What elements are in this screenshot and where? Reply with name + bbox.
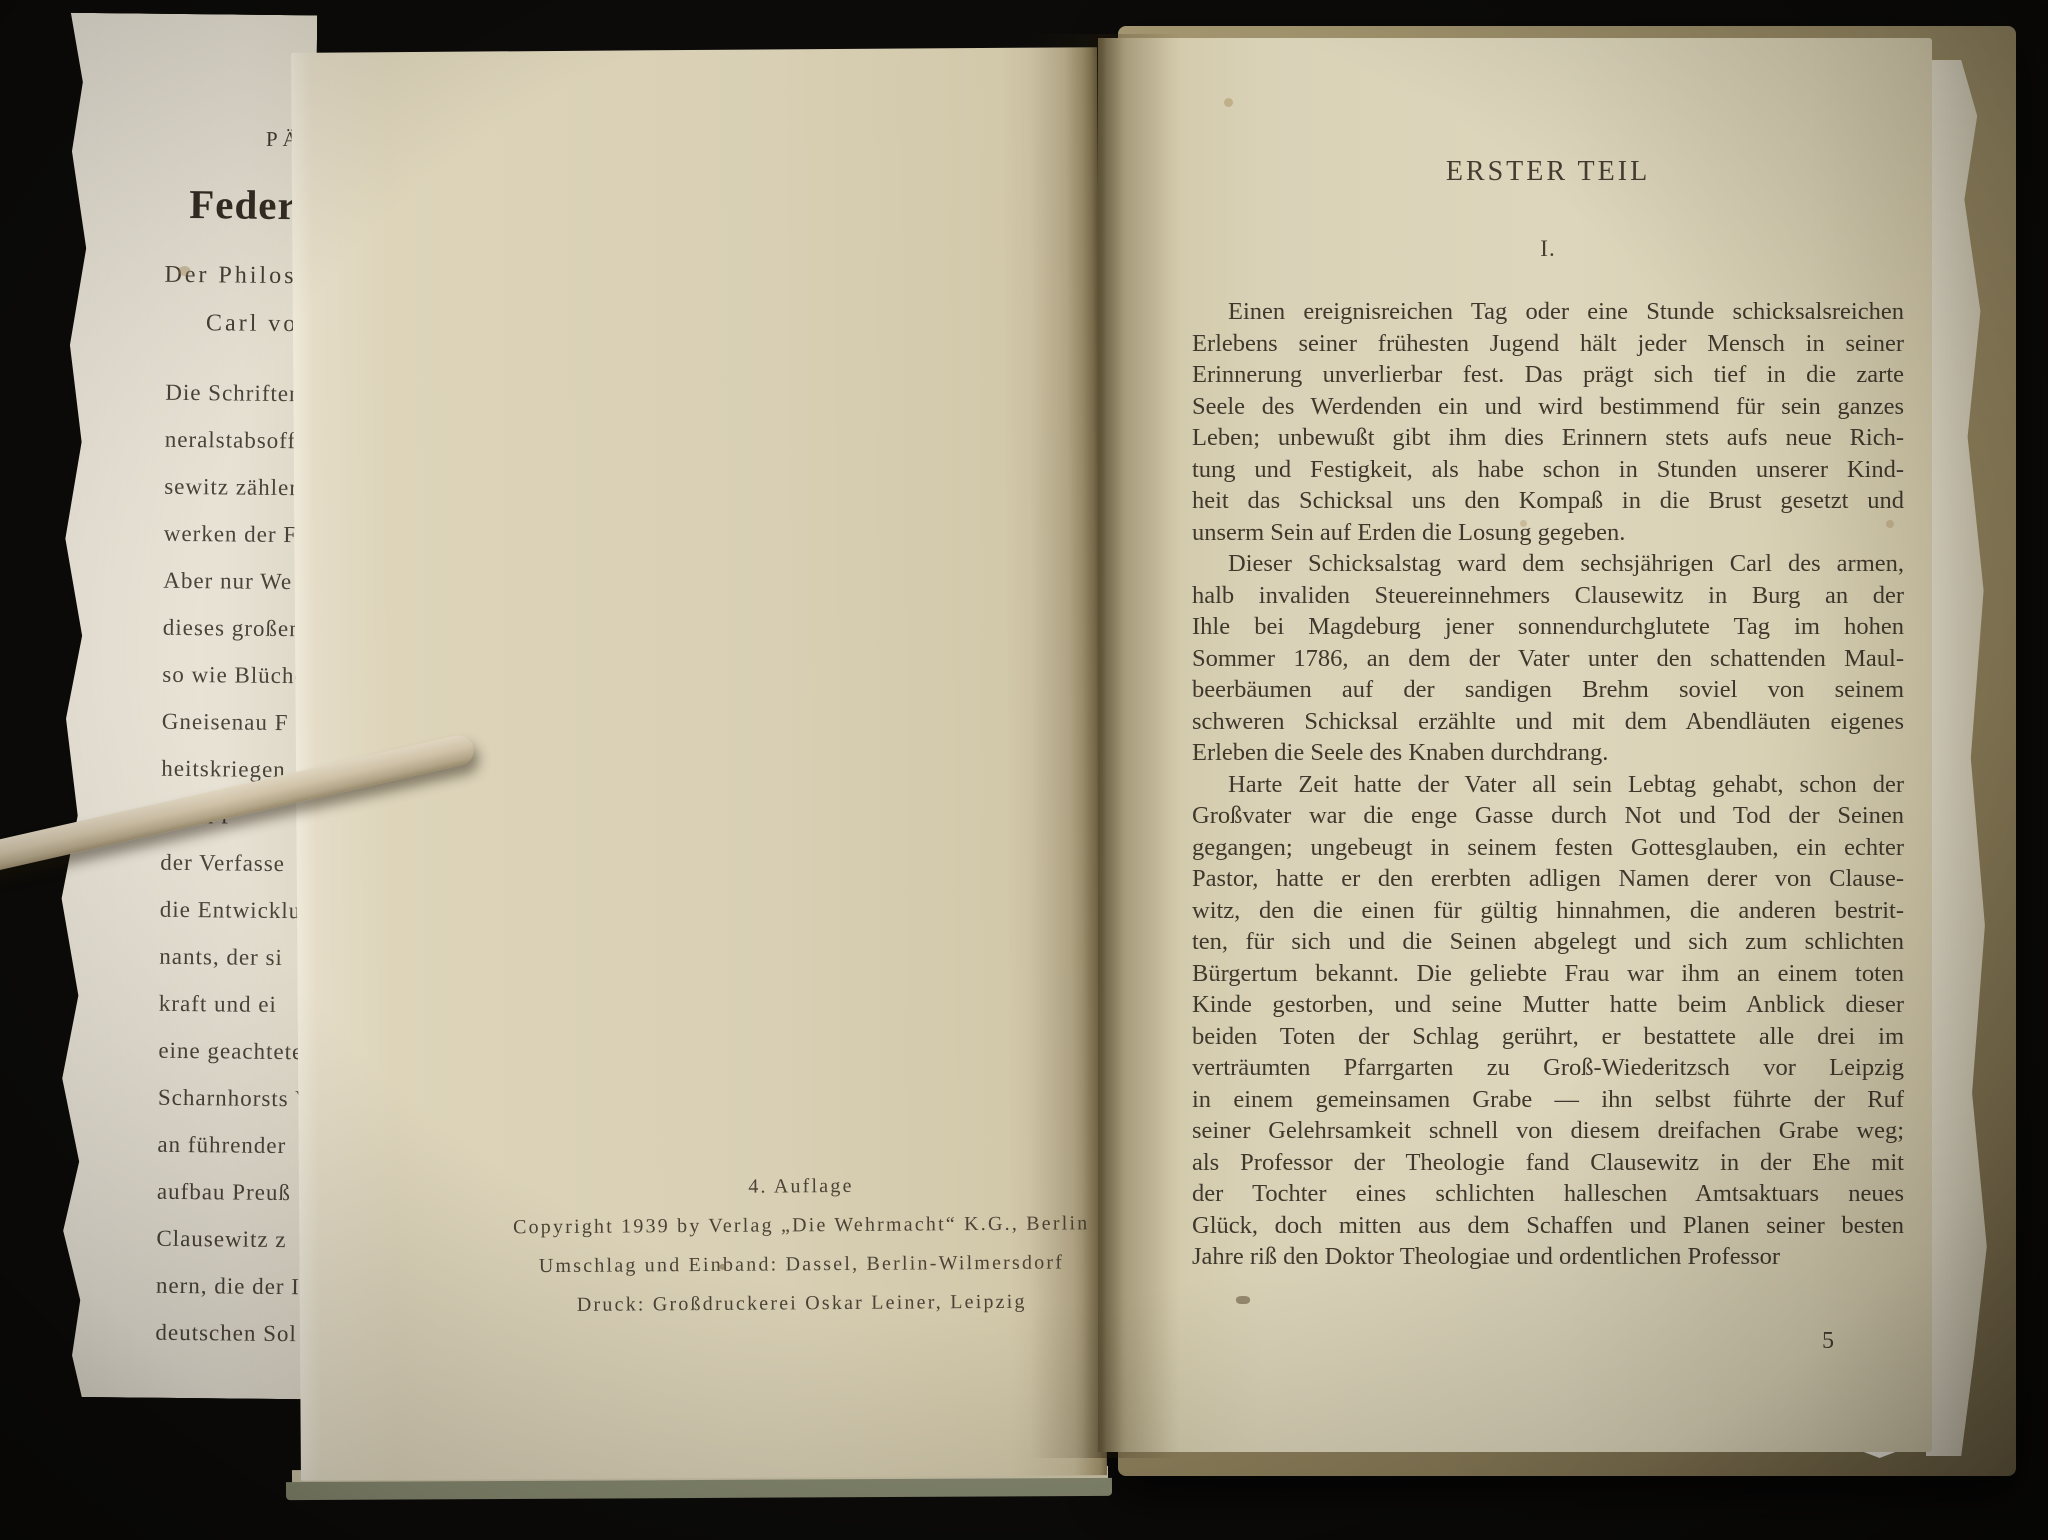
foxing-spot xyxy=(179,266,191,276)
text-line: heit das Schicksal uns den Kompaß in die… xyxy=(1192,485,1904,517)
foxing-spot xyxy=(719,1264,725,1270)
text-line: Einen ereignisreichen Tag oder eine Stun… xyxy=(1192,296,1904,328)
jacket-text-line: eine geachtete xyxy=(158,1038,303,1066)
text-line: in einem gemeinsamen Grabe — ihn selbst … xyxy=(1192,1084,1904,1116)
jacket-text-line: neralstabsoffi xyxy=(165,427,304,454)
part-heading: ERSTER TEIL xyxy=(1192,156,1904,188)
jacket-body-text: Die Schriftenneralstabsoffisewitz zähler… xyxy=(49,13,317,1400)
jacket-text-line: so wie Blüche xyxy=(162,662,306,689)
text-line: unserm Sein auf Erden die Losung gegeben… xyxy=(1192,517,1904,549)
jacket-text-line: dieses großen xyxy=(163,615,302,642)
text-line: Pastor, hatte er den ererbten adligen Na… xyxy=(1192,863,1904,895)
jacket-text-line: die Entwicklu xyxy=(160,897,302,924)
text-line: halb invaliden Steuereinnehmers Clausewi… xyxy=(1192,580,1904,612)
jacket-text-line: werken der F xyxy=(164,521,298,548)
colophon-line: Druck: Großdruckerei Oskar Leiner, Leipz… xyxy=(478,1282,1126,1326)
page-number: 5 xyxy=(1192,1328,1904,1355)
cover-cloth-bottom-edge xyxy=(286,1478,1112,1500)
foxing-spot xyxy=(1520,520,1527,527)
text-line: Seele des Werdenden ein und wird bestimm… xyxy=(1192,391,1904,423)
text-line: beiden Toten der Schlag gerührt, er best… xyxy=(1192,1021,1904,1053)
colophon: 4. AuflageCopyright 1939 by Verlag „Die … xyxy=(477,1165,1126,1326)
body-text: Einen ereignisreichen Tag oder eine Stun… xyxy=(1192,296,1904,1273)
jacket-text-line: kraft und ei xyxy=(159,991,277,1018)
jacket-text-line: deutschen Sol xyxy=(155,1320,297,1347)
text-line: Dieser Schicksalstag ward dem sechsjähri… xyxy=(1192,548,1904,580)
foxing-spot xyxy=(1886,520,1894,528)
dust-jacket-page: PÄ Feder u Der Philos Carl vo Die Schrif… xyxy=(49,13,317,1400)
jacket-text-line: nants, der si xyxy=(159,944,283,971)
text-line: Sommer 1786, an dem der Vater unter den … xyxy=(1192,643,1904,675)
colophon-line: Copyright 1939 by Verlag „Die Wehrmacht“… xyxy=(477,1204,1125,1248)
right-page: ERSTER TEIL I. Einen ereignisreichen Tag… xyxy=(1098,38,1932,1452)
jacket-text-line: Gneisenau F xyxy=(162,709,289,736)
text-line: schweren Schicksal erzählte und mit dem … xyxy=(1192,706,1904,738)
text-line: seiner Gelehrsamkeit schnell von diesem … xyxy=(1192,1115,1904,1147)
jacket-text-line: Aber nur We xyxy=(163,568,292,595)
jacket-text-line: nern, die der I xyxy=(156,1273,300,1301)
jacket-text-line: aufbau Preuß xyxy=(157,1179,291,1206)
colophon-line: 4. Auflage xyxy=(477,1165,1125,1209)
text-line: verträumten Pfarrgarten zu Groß-Wiederit… xyxy=(1192,1052,1904,1084)
photo-backdrop: PÄ Feder u Der Philos Carl vo Die Schrif… xyxy=(0,0,2048,1540)
text-line: Erinnerung unverlierbar fest. Das prägt … xyxy=(1192,359,1904,391)
ink-mark xyxy=(1236,1296,1250,1304)
chapter-number: I. xyxy=(1192,236,1904,262)
text-line: Jahre riß den Doktor Theologiae und orde… xyxy=(1192,1241,1904,1273)
text-line: Kinde gestorben, und seine Mutter hatte … xyxy=(1192,989,1904,1021)
text-line: Großvater war die enge Gasse durch Not u… xyxy=(1192,800,1904,832)
jacket-text-line: Die Schriften xyxy=(165,380,302,407)
text-line: beerbäumen auf der sandigen Brehm soviel… xyxy=(1192,674,1904,706)
text-line: Bürgertum bekannt. Die geliebte Frau war… xyxy=(1192,958,1904,990)
jacket-text-line: an führender xyxy=(157,1132,286,1159)
jacket-text-line: der Verfasse xyxy=(160,850,285,877)
text-line: gegangen; ungebeugt in seinem festen Got… xyxy=(1192,832,1904,864)
jacket-text-line: sewitz zähler xyxy=(164,474,298,501)
text-line: Erlebens seiner frühesten Jugend hält je… xyxy=(1192,328,1904,360)
jacket-text-line: Scharnhorsts V xyxy=(158,1085,313,1113)
text-line: Leben; unbewußt gibt ihm dies Erinnern s… xyxy=(1192,422,1904,454)
jacket-text-line: Clausewitz z xyxy=(156,1226,286,1253)
text-line: Erleben die Seele des Knaben durchdrang. xyxy=(1192,737,1904,769)
text-line: witz, den die einen für gültig hinnahmen… xyxy=(1192,895,1904,927)
text-line: der Tochter eines schlichten halleschen … xyxy=(1192,1178,1904,1210)
text-line: Harte Zeit hatte der Vater all sein Lebt… xyxy=(1192,769,1904,801)
foxing-spot xyxy=(1224,98,1233,107)
text-line: ten, für sich und die Seinen abgelegt un… xyxy=(1192,926,1904,958)
text-line: Ihle bei Magdeburg jener sonnendurchglut… xyxy=(1192,611,1904,643)
text-line: tung und Festigkeit, als habe schon in S… xyxy=(1192,454,1904,486)
text-line: als Professor der Theologie fand Clausew… xyxy=(1192,1147,1904,1179)
text-line: Glück, doch mitten aus dem Schaffen und … xyxy=(1192,1210,1904,1242)
colophon-line: Umschlag und Einband: Dassel, Berlin-Wil… xyxy=(477,1243,1125,1287)
